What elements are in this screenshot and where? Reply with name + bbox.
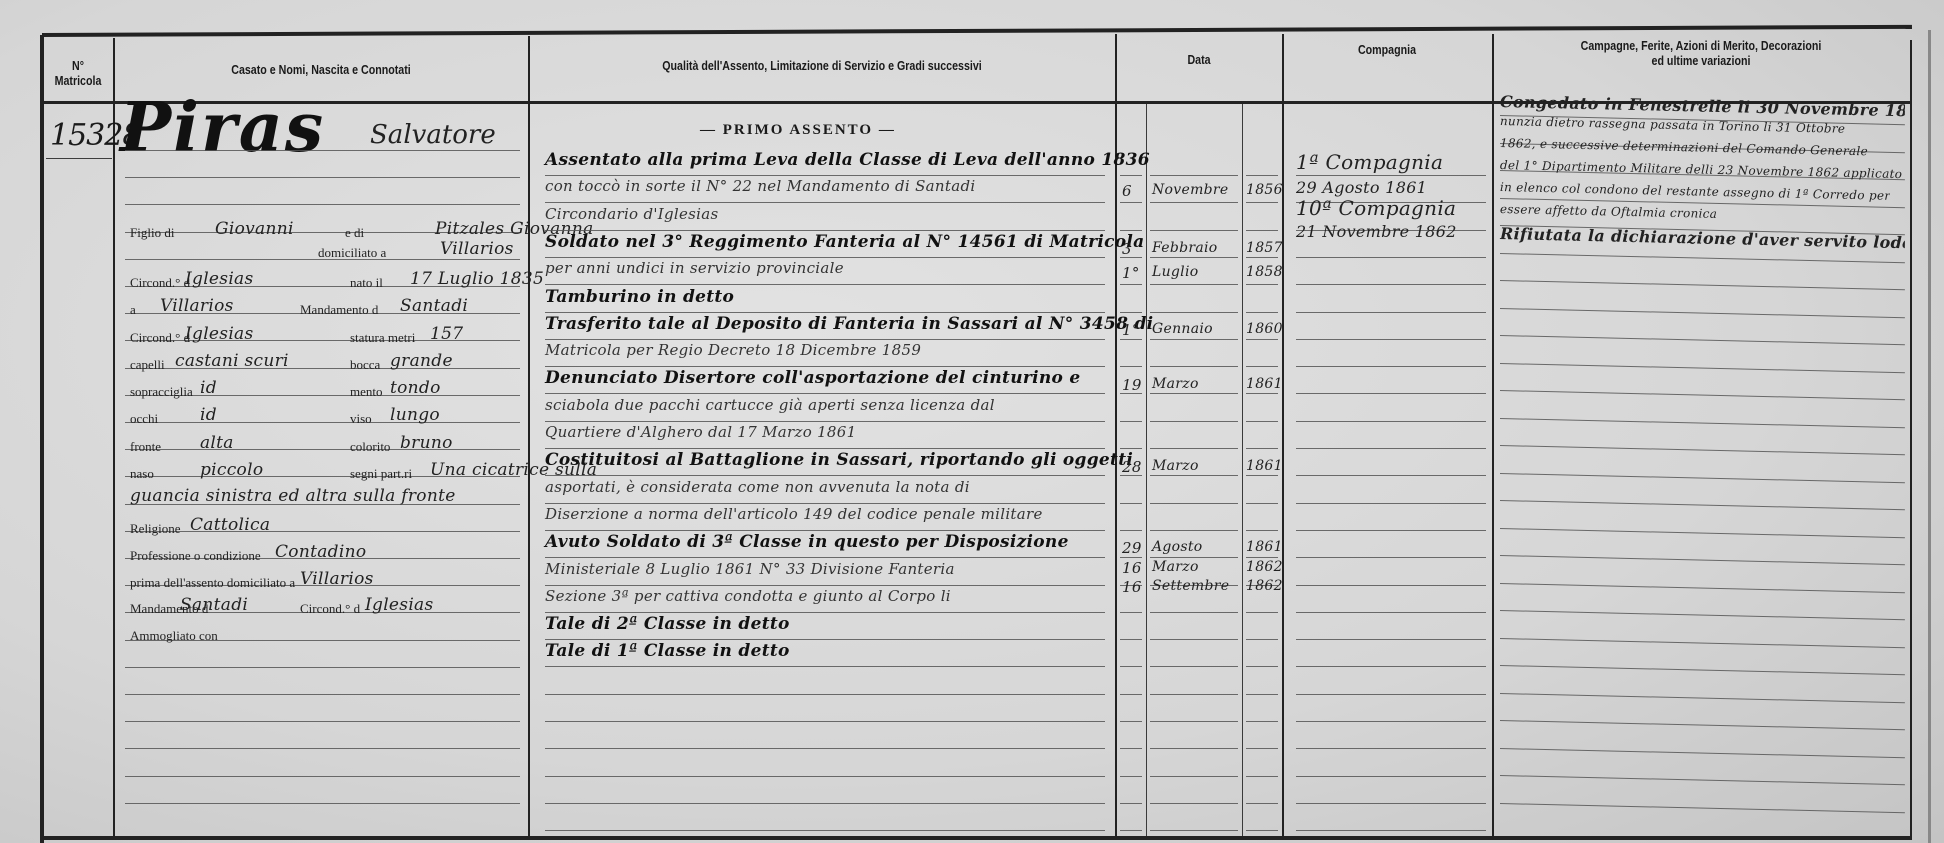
date-rule xyxy=(1246,448,1278,449)
date-year: 1856 xyxy=(1246,182,1283,198)
campagne-rule xyxy=(1500,445,1905,455)
assento-rule xyxy=(545,748,1105,749)
top-border xyxy=(42,25,1912,37)
assento-rule xyxy=(545,666,1105,667)
assento-rule xyxy=(545,366,1105,367)
campagne-rule xyxy=(1500,335,1905,345)
field-value: Cattolica xyxy=(190,515,270,535)
date-month: Luglio xyxy=(1152,264,1198,280)
campagne-rule xyxy=(1500,473,1905,483)
date-rule xyxy=(1246,475,1278,476)
date-rule xyxy=(1150,230,1238,231)
date-rule xyxy=(1150,393,1238,394)
campagne-rule xyxy=(1500,253,1905,263)
date-rule xyxy=(1150,666,1238,667)
date-rule xyxy=(1246,803,1278,804)
assento-rule xyxy=(545,721,1105,722)
casato-rule xyxy=(125,667,520,668)
header-data: Data xyxy=(1132,52,1266,67)
date-rule xyxy=(1150,830,1238,831)
compagnia-rule xyxy=(1296,612,1486,613)
date-rule xyxy=(1150,421,1238,422)
assento-rule xyxy=(545,202,1105,203)
assento-line: per anni undici in servizio provinciale xyxy=(545,259,844,277)
assento-rule xyxy=(545,448,1105,449)
date-rule xyxy=(1150,721,1238,722)
date-month: Gennaio xyxy=(1152,321,1213,337)
header-matricola-line2: Matricola xyxy=(50,73,106,88)
assento-rule xyxy=(545,421,1105,422)
col-divider-compagnia xyxy=(1492,34,1494,840)
field-value: Santadi xyxy=(180,595,248,615)
date-rule xyxy=(1246,284,1278,285)
field-label: segni part.ri xyxy=(350,466,412,482)
compagnia-rule xyxy=(1296,448,1486,449)
date-rule xyxy=(1150,202,1238,203)
assento-rule xyxy=(545,503,1105,504)
date-day: 16 xyxy=(1122,559,1142,577)
date-year: 1858 xyxy=(1246,264,1283,280)
campagne-rule xyxy=(1500,363,1905,373)
date-year: 1861 xyxy=(1246,458,1283,474)
compagnia-line: 21 Novembre 1862 xyxy=(1296,222,1457,241)
date-day: 1° xyxy=(1122,264,1140,282)
given-name: Salvatore xyxy=(370,120,496,150)
campagne-rule xyxy=(1500,528,1905,538)
field-value: id xyxy=(200,405,217,425)
date-rule xyxy=(1246,312,1278,313)
date-rule xyxy=(1246,776,1278,777)
date-rule xyxy=(1120,503,1142,504)
date-rule xyxy=(1120,421,1142,422)
header-casato: Casato e Nomi, Nascita e Connotati xyxy=(153,62,489,77)
date-rule xyxy=(1246,612,1278,613)
register-page: N° Matricola Casato e Nomi, Nascita e Co… xyxy=(0,0,1944,843)
campagne-rule xyxy=(1500,720,1905,730)
date-month: Marzo xyxy=(1152,559,1199,575)
assento-rule xyxy=(545,830,1105,831)
field-value: Iglesias xyxy=(185,269,254,289)
assento-rule xyxy=(545,803,1105,804)
header-campagne-line1: Campagne, Ferite, Azioni di Merito, Deco… xyxy=(1531,38,1870,53)
col-divider-matricola xyxy=(113,38,115,838)
campagne-line: essere affetto da Oftalmia cronica xyxy=(1500,202,1718,221)
compagnia-rule xyxy=(1296,475,1486,476)
date-rule xyxy=(1150,776,1238,777)
compagnia-rule xyxy=(1296,393,1486,394)
campagne-line: 1862, e successive determinazioni del Co… xyxy=(1500,136,1868,158)
field-value: 17 Luglio 1835 xyxy=(410,269,544,289)
field-label: fronte xyxy=(130,439,161,455)
date-month: Marzo xyxy=(1152,458,1199,474)
field-value: 157 xyxy=(430,324,463,344)
date-day: 28 xyxy=(1122,458,1142,476)
casato-rule xyxy=(125,694,520,695)
field-label: Mandamento d xyxy=(300,302,378,318)
assento-line: Quartiere d'Alghero dal 17 Marzo 1861 xyxy=(545,423,856,441)
field-value: grande xyxy=(390,351,453,371)
assento-rule xyxy=(545,694,1105,695)
field-value: Villarios xyxy=(160,296,234,316)
date-rule xyxy=(1246,202,1278,203)
compagnia-rule xyxy=(1296,639,1486,640)
date-rule xyxy=(1120,312,1142,313)
assento-rule xyxy=(545,393,1105,394)
field-value: id xyxy=(200,378,217,398)
assento-line: Denunciato Disertore coll'asportazione d… xyxy=(545,368,1081,388)
assento-rule xyxy=(545,175,1105,176)
compagnia-rule xyxy=(1296,748,1486,749)
campagne-rule xyxy=(1500,418,1905,428)
date-rule xyxy=(1150,530,1238,531)
surname: Piras xyxy=(120,88,325,168)
casato-rule xyxy=(125,177,520,178)
compagnia-rule xyxy=(1296,776,1486,777)
casato-rule xyxy=(125,531,520,532)
compagnia-rule xyxy=(1296,803,1486,804)
assento-line: Avuto Soldato di 3ª Classe in questo per… xyxy=(545,532,1069,552)
compagnia-rule xyxy=(1296,666,1486,667)
casato-rule xyxy=(125,150,520,151)
page-edge xyxy=(1928,30,1931,843)
date-year: 1857 xyxy=(1246,240,1283,256)
field-value: Giovanni xyxy=(215,219,294,239)
assento-rule xyxy=(545,612,1105,613)
date-rule xyxy=(1246,366,1278,367)
field-value: Villarios xyxy=(440,239,514,259)
date-year: 1862 xyxy=(1246,559,1283,575)
date-rule xyxy=(1120,748,1142,749)
date-rule xyxy=(1246,393,1278,394)
campagne-rule xyxy=(1500,748,1905,758)
date-rule xyxy=(1246,694,1278,695)
date-month: Novembre xyxy=(1152,182,1229,198)
field-label: nato il xyxy=(350,275,383,291)
assento-line: Circondario d'Iglesias xyxy=(545,205,719,223)
date-day: 16 xyxy=(1122,578,1142,596)
matricola-underline xyxy=(46,158,112,159)
field-label: Ammogliato con xyxy=(130,628,218,644)
date-year: 1861 xyxy=(1246,539,1283,555)
field-value: Iglesias xyxy=(365,595,434,615)
campagne-rule xyxy=(1500,390,1905,400)
assento-line: Diserzione a norma dell'articolo 149 del… xyxy=(545,505,1043,523)
date-year: 1860 xyxy=(1246,321,1283,337)
date-rule xyxy=(1150,366,1238,367)
field-label: bocca xyxy=(350,357,380,373)
date-day: 1° xyxy=(1122,321,1140,339)
field-label: e di xyxy=(345,225,364,241)
compagnia-rule xyxy=(1296,175,1486,176)
date-day: 6 xyxy=(1122,182,1132,200)
date-rule xyxy=(1120,175,1142,176)
compagnia-rule xyxy=(1296,585,1486,586)
date-rule xyxy=(1246,748,1278,749)
casato-rule xyxy=(125,721,520,722)
right-border xyxy=(1910,40,1912,840)
date-day: 19 xyxy=(1122,376,1142,394)
campagne-rule xyxy=(1500,308,1905,318)
field-label: Circond.° d xyxy=(300,601,360,617)
col-divider-data-year xyxy=(1242,104,1243,836)
date-rule xyxy=(1120,202,1142,203)
compagnia-rule xyxy=(1296,557,1486,558)
date-rule xyxy=(1246,830,1278,831)
assento-line: Tamburino in detto xyxy=(545,287,734,307)
date-rule xyxy=(1246,639,1278,640)
campagne-rule xyxy=(1500,555,1905,565)
date-rule xyxy=(1120,666,1142,667)
date-rule xyxy=(1120,830,1142,831)
field-label: occhi xyxy=(130,411,158,427)
compagnia-line: 1ª Compagnia xyxy=(1296,150,1443,174)
date-rule xyxy=(1246,230,1278,231)
field-value: guancia sinistra ed altra sulla fronte xyxy=(130,486,456,506)
assento-line: Matricola per Regio Decreto 18 Dicembre … xyxy=(545,341,921,359)
date-rule xyxy=(1150,612,1238,613)
campagne-line: Rifiutata la dichiarazione d'aver servit… xyxy=(1500,224,1905,252)
campagne-rule xyxy=(1500,610,1905,620)
date-rule xyxy=(1120,776,1142,777)
date-month: Agosto xyxy=(1152,539,1203,555)
date-day: 29 xyxy=(1122,539,1142,557)
field-value: Contadino xyxy=(275,542,366,562)
campagne-rule xyxy=(1500,693,1905,703)
field-label: capelli xyxy=(130,357,165,373)
campagne-rule xyxy=(1500,803,1905,813)
field-label: viso xyxy=(350,411,372,427)
date-rule xyxy=(1246,503,1278,504)
assento-line: Assentato alla prima Leva della Classe d… xyxy=(545,150,1150,170)
date-rule xyxy=(1246,175,1278,176)
field-label: sopracciglia xyxy=(130,384,193,400)
campagne-rule xyxy=(1500,500,1905,510)
field-label: domiciliato a xyxy=(318,245,386,261)
casato-rule xyxy=(125,449,520,450)
field-label: naso xyxy=(130,466,154,482)
header-matricola-line1: N° xyxy=(50,58,106,73)
compagnia-line: 10ª Compagnia xyxy=(1296,196,1456,220)
assento-line: con toccò in sorte il N° 22 nel Mandamen… xyxy=(545,177,975,195)
compagnia-rule xyxy=(1296,339,1486,340)
field-label: Figlio di xyxy=(130,225,174,241)
date-day: 3 xyxy=(1122,240,1132,258)
header-compagnia: Compagnia xyxy=(1303,42,1472,57)
date-rule xyxy=(1246,339,1278,340)
compagnia-rule xyxy=(1296,721,1486,722)
header-campagne-line2: ed ultime variazioni xyxy=(1531,53,1870,68)
campagne-line: del 1° Dipartimento Militare delli 23 No… xyxy=(1500,158,1903,181)
field-value: tondo xyxy=(390,378,441,398)
casato-rule xyxy=(125,748,520,749)
campagne-rule xyxy=(1500,665,1905,675)
date-rule xyxy=(1246,530,1278,531)
primo-assento-title: — PRIMO ASSENTO — xyxy=(700,122,896,139)
assento-line: asportati, è considerata come non avvenu… xyxy=(545,478,970,496)
date-rule xyxy=(1120,284,1142,285)
header-campagne: Campagne, Ferite, Azioni di Merito, Deco… xyxy=(1531,38,1870,68)
compagnia-line: 29 Agosto 1861 xyxy=(1296,178,1427,197)
assento-line: Sezione 3ª per cattiva condotta e giunto… xyxy=(545,587,951,605)
field-label: Circond.° d xyxy=(130,275,190,291)
header-qualita: Qualità dell'Assento, Limitazione di Ser… xyxy=(583,58,1062,73)
assento-rule xyxy=(545,230,1105,231)
date-rule xyxy=(1120,694,1142,695)
casato-rule xyxy=(125,204,520,205)
date-rule xyxy=(1246,421,1278,422)
col-divider-data-day xyxy=(1146,104,1147,836)
date-year: 1861 xyxy=(1246,376,1283,392)
assento-rule xyxy=(545,557,1105,558)
assento-line: Costituitosi al Battaglione in Sassari, … xyxy=(545,450,1133,470)
field-value: Villarios xyxy=(300,569,374,589)
date-rule xyxy=(1246,666,1278,667)
date-year: 1862 xyxy=(1246,578,1283,594)
date-rule xyxy=(1150,639,1238,640)
assento-rule xyxy=(545,284,1105,285)
header-matricola: N° Matricola xyxy=(50,58,106,88)
date-rule xyxy=(1246,721,1278,722)
date-rule xyxy=(1120,230,1142,231)
field-value: bruno xyxy=(400,433,453,453)
date-rule xyxy=(1150,503,1238,504)
assento-line: Tale di 2ª Classe in detto xyxy=(545,614,790,634)
date-rule xyxy=(1150,175,1238,176)
date-rule xyxy=(1120,448,1142,449)
compagnia-rule xyxy=(1296,530,1486,531)
compagnia-rule xyxy=(1296,312,1486,313)
field-value: lungo xyxy=(390,405,440,425)
col-divider-data xyxy=(1282,34,1284,840)
assento-line: Soldato nel 3° Reggimento Fanteria al N°… xyxy=(545,232,1145,252)
date-rule xyxy=(1120,612,1142,613)
casato-rule xyxy=(125,803,520,804)
date-rule xyxy=(1150,448,1238,449)
date-month: Febbraio xyxy=(1152,240,1218,256)
assento-line: Tale di 1ª Classe in detto xyxy=(545,641,790,661)
field-label: Religione xyxy=(130,521,181,537)
field-value: alta xyxy=(200,433,234,453)
assento-line: Ministeriale 8 Luglio 1861 N° 33 Divisio… xyxy=(545,560,955,578)
date-rule xyxy=(1150,748,1238,749)
date-month: Settembre xyxy=(1152,578,1229,594)
field-value: Iglesias xyxy=(185,324,254,344)
assento-rule xyxy=(545,776,1105,777)
bottom-border xyxy=(42,836,1912,840)
assento-rule xyxy=(545,339,1105,340)
field-label: Professione o condizione xyxy=(130,548,261,564)
date-rule xyxy=(1150,257,1238,258)
casato-rule xyxy=(125,776,520,777)
assento-rule xyxy=(545,312,1105,313)
col-divider-casato xyxy=(528,36,530,840)
field-label: colorito xyxy=(350,439,390,455)
date-month: Marzo xyxy=(1152,376,1199,392)
compagnia-rule xyxy=(1296,503,1486,504)
date-rule xyxy=(1120,530,1142,531)
campagne-rule xyxy=(1500,775,1905,785)
compagnia-rule xyxy=(1296,694,1486,695)
field-label: statura metri xyxy=(350,330,415,346)
assento-rule xyxy=(545,639,1105,640)
date-rule xyxy=(1246,257,1278,258)
assento-rule xyxy=(545,530,1105,531)
field-label: a xyxy=(130,302,136,318)
campagne-rule xyxy=(1500,638,1905,648)
field-label: Circond.° d xyxy=(130,330,190,346)
date-rule xyxy=(1150,475,1238,476)
compagnia-rule xyxy=(1296,830,1486,831)
field-value: Santadi xyxy=(400,296,468,316)
assento-line: Trasferito tale al Deposito di Fanteria … xyxy=(545,314,1153,334)
assento-rule xyxy=(545,585,1105,586)
date-rule xyxy=(1150,694,1238,695)
casato-rule xyxy=(125,422,520,423)
date-rule xyxy=(1120,639,1142,640)
compagnia-rule xyxy=(1296,366,1486,367)
compagnia-rule xyxy=(1296,257,1486,258)
compagnia-rule xyxy=(1296,284,1486,285)
assento-rule xyxy=(545,475,1105,476)
compagnia-rule xyxy=(1296,421,1486,422)
field-label: mento xyxy=(350,384,383,400)
date-rule xyxy=(1120,721,1142,722)
assento-rule xyxy=(545,257,1105,258)
date-rule xyxy=(1150,803,1238,804)
left-border xyxy=(40,35,44,843)
campagne-rule xyxy=(1500,280,1905,290)
campagne-rule xyxy=(1500,583,1905,593)
field-value: piccolo xyxy=(200,460,263,480)
date-rule xyxy=(1150,339,1238,340)
field-value: castani scuri xyxy=(175,351,289,371)
date-rule xyxy=(1120,366,1142,367)
date-rule xyxy=(1120,803,1142,804)
assento-line: sciabola due pacchi cartucce già aperti … xyxy=(545,396,995,414)
date-rule xyxy=(1150,312,1238,313)
field-label: prima dell'assento domiciliato a xyxy=(130,575,295,591)
date-rule xyxy=(1150,284,1238,285)
